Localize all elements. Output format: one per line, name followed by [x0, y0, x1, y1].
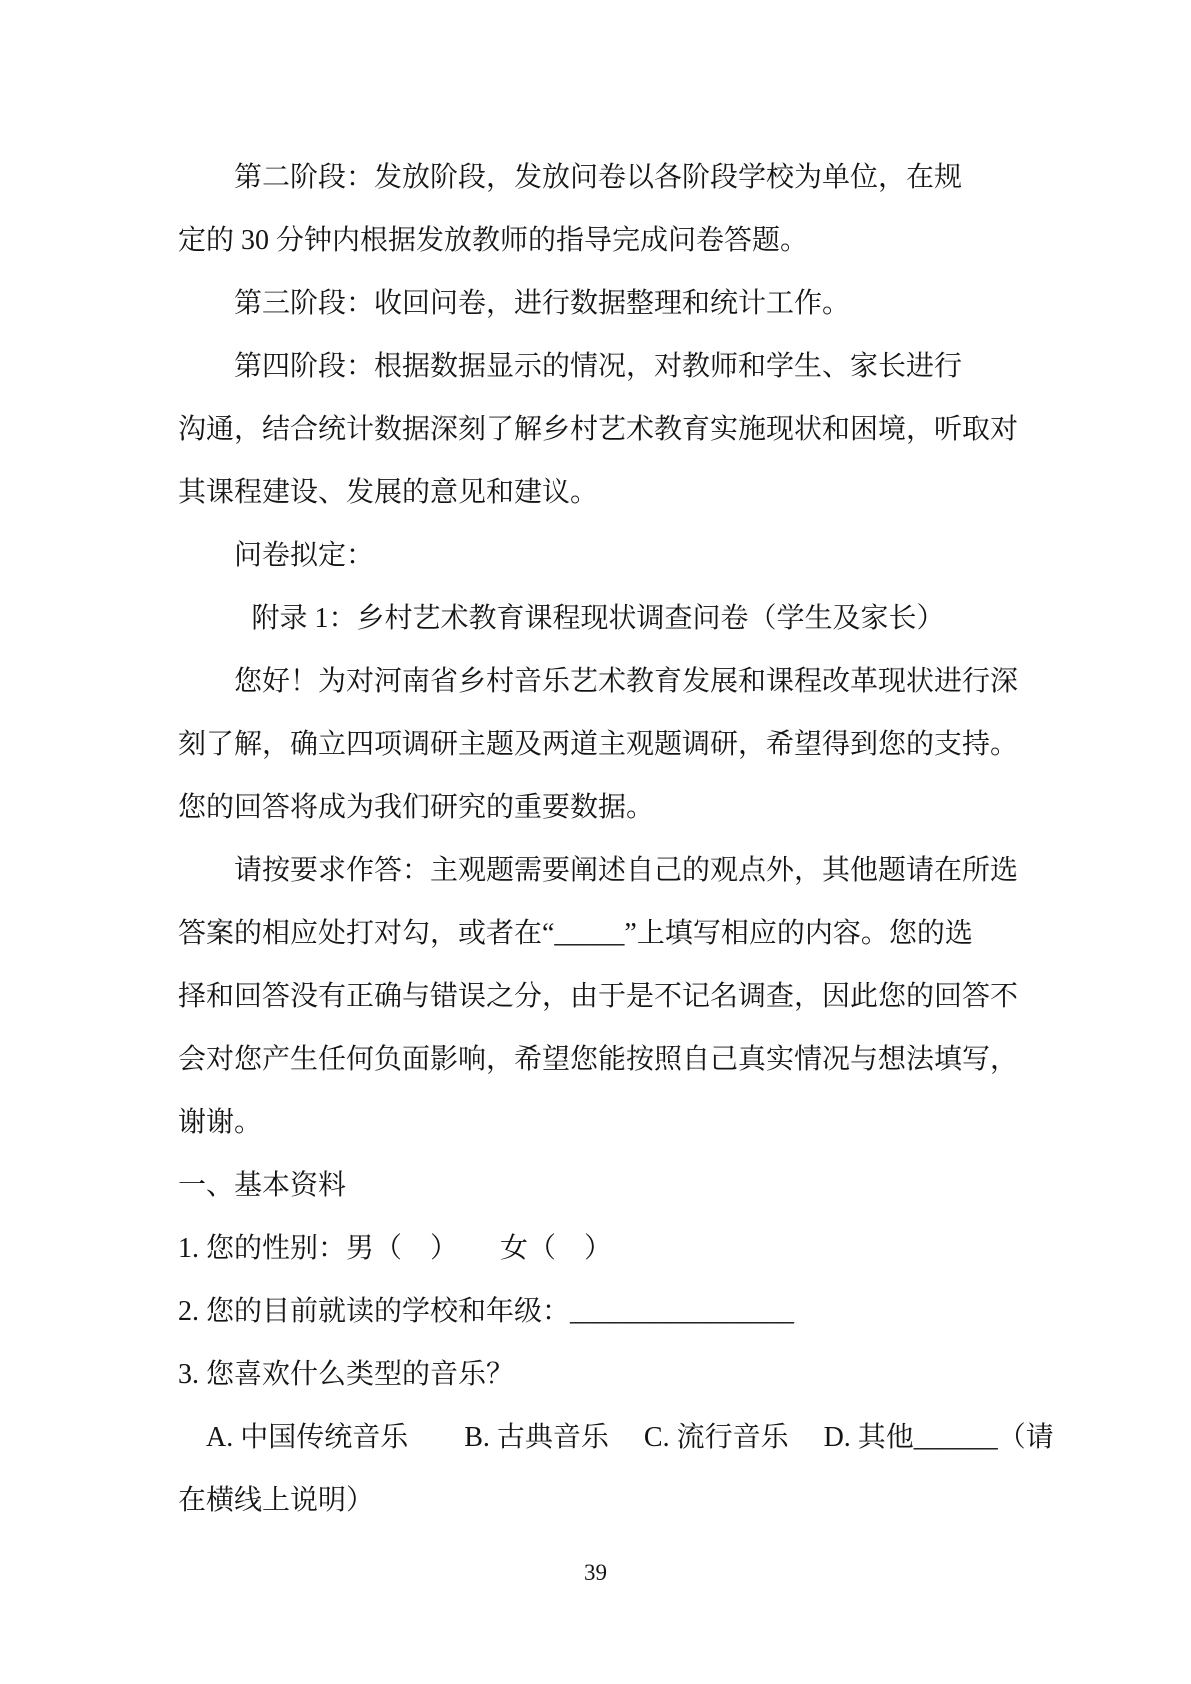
- text-line: 第四阶段：根据数据显示的情况，对教师和学生、家长进行: [178, 335, 1018, 398]
- text-line: 2. 您的目前就读的学校和年级：________________: [178, 1280, 1018, 1343]
- page-number: 39: [584, 1560, 607, 1585]
- text-line: 附录 1：乡村艺术教育课程现状调查问卷（学生及家长）: [178, 587, 1018, 650]
- text-line: 择和回答没有正确与错误之分，由于是不记名调查，因此您的回答不: [178, 965, 1018, 1028]
- text-line: 其课程建设、发展的意见和建议。: [178, 461, 1018, 524]
- text-line: 一、基本资料: [178, 1154, 1018, 1217]
- text-line: 谢谢。: [178, 1091, 1018, 1154]
- page-footer: 39: [0, 1557, 1191, 1589]
- text-line: 在横线上说明）: [178, 1469, 1018, 1532]
- text-line: A. 中国传统音乐 B. 古典音乐 C. 流行音乐 D. 其他______（请: [178, 1406, 1018, 1469]
- text-line: 3. 您喜欢什么类型的音乐？: [178, 1343, 1018, 1406]
- text-line: 请按要求作答：主观题需要阐述自己的观点外，其他题请在所选: [178, 839, 1018, 902]
- text-line: 您好！为对河南省乡村音乐艺术教育发展和课程改革现状进行深: [178, 650, 1018, 713]
- text-line: 会对您产生任何负面影响，希望您能按照自己真实情况与想法填写，: [178, 1028, 1018, 1091]
- text-line: 刻了解，确立四项调研主题及两道主观题调研，希望得到您的支持。: [178, 713, 1018, 776]
- text-line: 沟通，结合统计数据深刻了解乡村艺术教育实施现状和困境，听取对: [178, 398, 1018, 461]
- text-line: 您的回答将成为我们研究的重要数据。: [178, 776, 1018, 839]
- text-line: 定的 30 分钟内根据发放教师的指导完成问卷答题。: [178, 209, 1018, 272]
- text-line: 答案的相应处打对勾，或者在“_____”上填写相应的内容。您的选: [178, 902, 1018, 965]
- text-line: 问卷拟定：: [178, 524, 1018, 587]
- text-line: 第二阶段：发放阶段，发放问卷以各阶段学校为单位，在规: [178, 146, 1018, 209]
- text-line: 第三阶段：收回问卷，进行数据整理和统计工作。: [178, 272, 1018, 335]
- document-page: 第二阶段：发放阶段，发放问卷以各阶段学校为单位，在规定的 30 分钟内根据发放教…: [0, 0, 1191, 1684]
- document-body: 第二阶段：发放阶段，发放问卷以各阶段学校为单位，在规定的 30 分钟内根据发放教…: [178, 146, 1018, 1532]
- text-line: 1. 您的性别：男（ ） 女（ ）: [178, 1217, 1018, 1280]
